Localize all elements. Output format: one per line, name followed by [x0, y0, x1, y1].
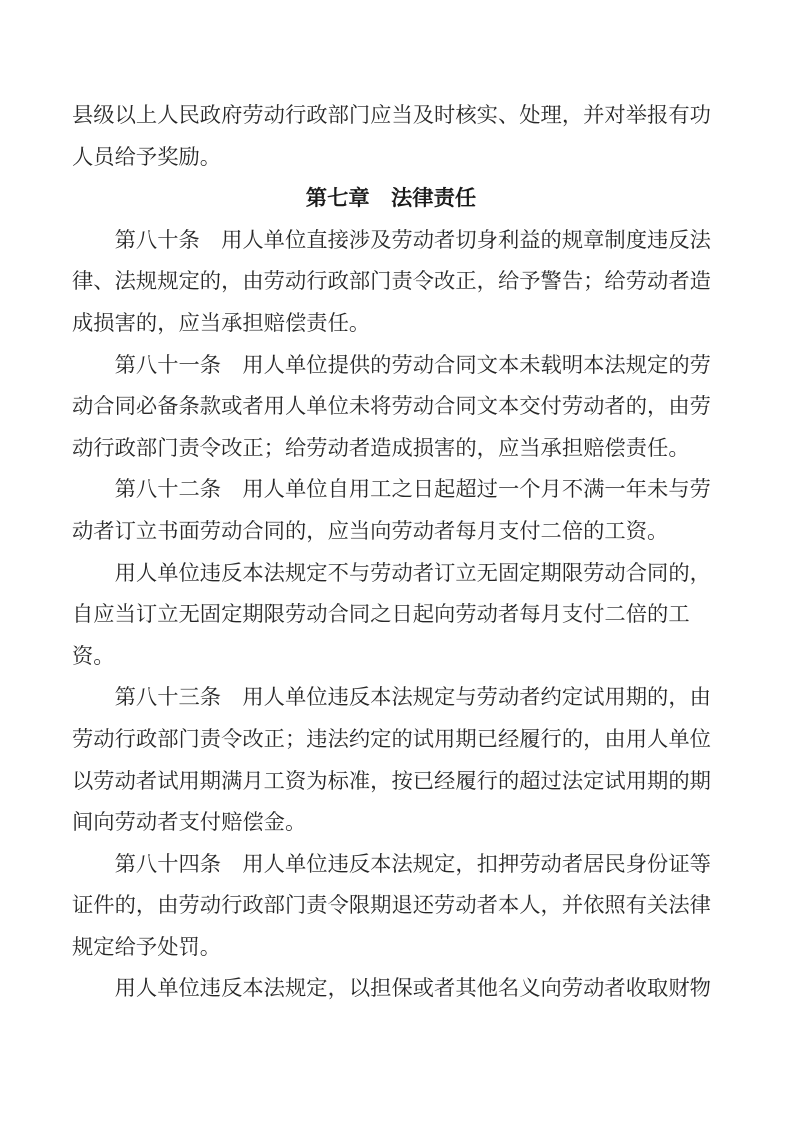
text-line: 人员给予奖励。 [72, 137, 710, 179]
text-line: 第八十三条 用人单位违反本法规定与劳动者约定试用期的，由 [72, 677, 710, 719]
text-line: 以劳动者试用期满月工资为标准，按已经履行的超过法定试用期的期 [72, 761, 710, 803]
text-line: 动者订立书面劳动合同的，应当向劳动者每月支付二倍的工资。 [72, 511, 710, 553]
text-line: 自应当订立无固定期限劳动合同之日起向劳动者每月支付二倍的工 [72, 594, 710, 636]
text-line: 资。 [72, 636, 710, 678]
text-line: 律、法规规定的，由劳动行政部门责令改正，给予警告；给劳动者造 [72, 261, 710, 303]
text-line: 第八十四条 用人单位违反本法规定，扣押劳动者居民身份证等 [72, 844, 710, 886]
article-82: 第八十二条 用人单位自用工之日起超过一个月不满一年未与劳 动者订立书面劳动合同的… [72, 469, 710, 677]
text-line: 证件的，由劳动行政部门责令限期退还劳动者本人，并依照有关法律 [72, 885, 710, 927]
text-line: 动合同必备条款或者用人单位未将劳动合同文本交付劳动者的，由劳 [72, 386, 710, 428]
article-81: 第八十一条 用人单位提供的劳动合同文本未载明本法规定的劳 动合同必备条款或者用人… [72, 345, 710, 470]
text-line: 第八十一条 用人单位提供的劳动合同文本未载明本法规定的劳 [72, 345, 710, 387]
intro-paragraph: 县级以上人民政府劳动行政部门应当及时核实、处理，并对举报有功 人员给予奖励。 [72, 95, 710, 178]
article-83: 第八十三条 用人单位违反本法规定与劳动者约定试用期的，由 劳动行政部门责令改正；… [72, 677, 710, 843]
text-line: 间向劳动者支付赔偿金。 [72, 802, 710, 844]
article-80: 第八十条 用人单位直接涉及劳动者切身利益的规章制度违反法 律、法规规定的，由劳动… [72, 220, 710, 345]
text-line: 规定给予处罚。 [72, 927, 710, 969]
text-line: 成损害的，应当承担赔偿责任。 [72, 303, 710, 345]
text-line: 第八十二条 用人单位自用工之日起超过一个月不满一年未与劳 [72, 469, 710, 511]
chapter-heading: 第七章 法律责任 [72, 178, 710, 220]
article-84: 第八十四条 用人单位违反本法规定，扣押劳动者居民身份证等 证件的，由劳动行政部门… [72, 844, 710, 1010]
text-line: 劳动行政部门责令改正；违法约定的试用期已经履行的，由用人单位 [72, 719, 710, 761]
text-line: 用人单位违反本法规定，以担保或者其他名义向劳动者收取财物 [72, 968, 710, 1010]
text-line: 用人单位违反本法规定不与劳动者订立无固定期限劳动合同的， [72, 553, 710, 595]
document-page: 县级以上人民政府劳动行政部门应当及时核实、处理，并对举报有功 人员给予奖励。 第… [0, 0, 793, 1122]
document-body: 县级以上人民政府劳动行政部门应当及时核实、处理，并对举报有功 人员给予奖励。 第… [72, 95, 710, 1010]
text-line: 县级以上人民政府劳动行政部门应当及时核实、处理，并对举报有功 [72, 95, 710, 137]
text-line: 动行政部门责令改正；给劳动者造成损害的，应当承担赔偿责任。 [72, 428, 710, 470]
text-line: 第八十条 用人单位直接涉及劳动者切身利益的规章制度违反法 [72, 220, 710, 262]
